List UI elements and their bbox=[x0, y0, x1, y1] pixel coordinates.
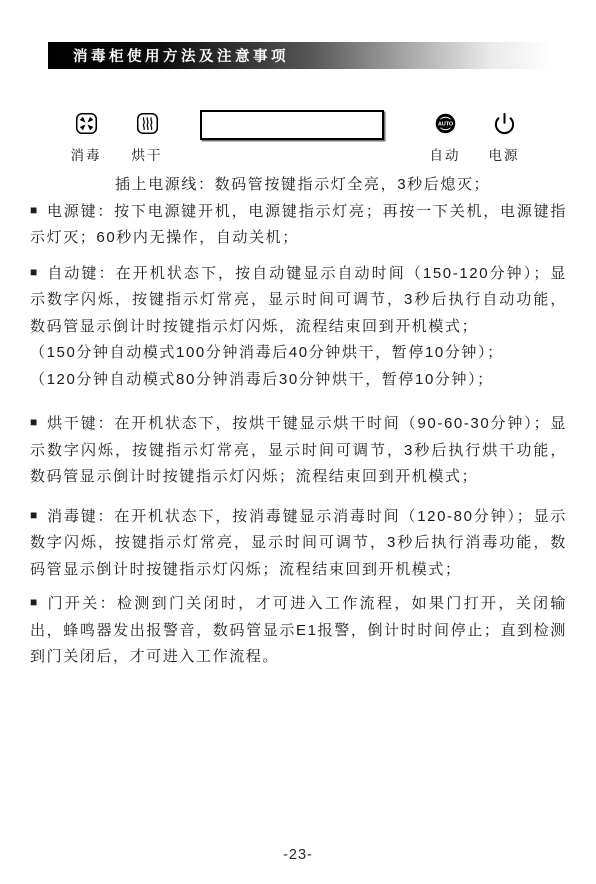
section-door-switch-text: 门开关：检测到门关闭时，才可进入工作流程，如果门打开，关闭输出，蜂鸣器发出报警音… bbox=[30, 595, 567, 665]
power-button: 电源 bbox=[480, 112, 528, 164]
auto-note-150: （150分钟自动模式100分钟消毒后40分钟烘干，暂停10分钟）； bbox=[30, 340, 567, 367]
section-power-key: ■电源键：按下电源键开机，电源键指示灯亮；再按一下关机，电源键指示灯灭；60秒内… bbox=[30, 199, 567, 252]
auto-button-label: 自动 bbox=[430, 144, 461, 164]
page-footer: -23- bbox=[0, 847, 596, 863]
section-door-switch: ■门开关：检测到门关闭时，才可进入工作流程，如果门打开，关闭输出，蜂鸣器发出报警… bbox=[30, 591, 567, 671]
section-auto-key-text: 自动键：在开机状态下，按自动键显示自动时间（150-120分钟）；显示数字闪烁，… bbox=[30, 265, 567, 335]
auto-button: AUTO 自动 bbox=[421, 112, 469, 164]
intro-line: 插上电源线：数码管按键指示灯全亮，3秒后熄灭； bbox=[30, 172, 567, 199]
bullet-square: ■ bbox=[30, 265, 39, 279]
manual-page: 消毒柜使用方法及注意事项 消毒 烘干 AUTO 自动 bbox=[0, 0, 596, 884]
section-sterilize-key-text: 消毒键：在开机状态下，按消毒键显示消毒时间（120-80分钟）；显示数字闪烁，按… bbox=[30, 508, 567, 578]
digital-display bbox=[200, 110, 384, 140]
section-dry-key: ■烘干键：在开机状态下，按烘干键显示烘干时间（90-60-30分钟）；显示数字闪… bbox=[30, 411, 567, 491]
sterilize-icon bbox=[75, 112, 98, 135]
bullet-square: ■ bbox=[30, 415, 39, 429]
page-title: 消毒柜使用方法及注意事项 bbox=[48, 45, 289, 66]
dry-button-label: 烘干 bbox=[132, 144, 163, 164]
power-button-label: 电源 bbox=[489, 144, 520, 164]
dry-icon bbox=[136, 112, 159, 135]
section-dry-key-text: 烘干键：在开机状态下，按烘干键显示烘干时间（90-60-30分钟）；显示数字闪烁… bbox=[30, 415, 567, 485]
section-header-bar: 消毒柜使用方法及注意事项 bbox=[48, 42, 550, 69]
bullet-square: ■ bbox=[30, 203, 39, 217]
sterilize-button: 消毒 bbox=[62, 112, 110, 164]
page-number: -23- bbox=[283, 847, 313, 863]
bullet-square: ■ bbox=[30, 508, 39, 522]
sterilize-button-label: 消毒 bbox=[71, 144, 102, 164]
section-auto-key: ■自动键：在开机状态下，按自动键显示自动时间（150-120分钟）；显示数字闪烁… bbox=[30, 261, 567, 341]
auto-icon-text: AUTO bbox=[437, 122, 452, 128]
bullet-square: ■ bbox=[30, 595, 40, 609]
auto-icon: AUTO bbox=[434, 112, 457, 135]
power-icon bbox=[493, 112, 516, 135]
section-power-key-text: 电源键：按下电源键开机，电源键指示灯亮；再按一下关机，电源键指示灯灭；60秒内无… bbox=[30, 203, 567, 247]
dry-button: 烘干 bbox=[123, 112, 171, 164]
instruction-body: 插上电源线：数码管按键指示灯全亮，3秒后熄灭； ■电源键：按下电源键开机，电源键… bbox=[30, 172, 567, 671]
section-sterilize-key: ■消毒键：在开机状态下，按消毒键显示消毒时间（120-80分钟）；显示数字闪烁，… bbox=[30, 504, 567, 584]
auto-note-120: （120分钟自动模式80分钟消毒后30分钟烘干，暂停10分钟）； bbox=[30, 367, 567, 394]
